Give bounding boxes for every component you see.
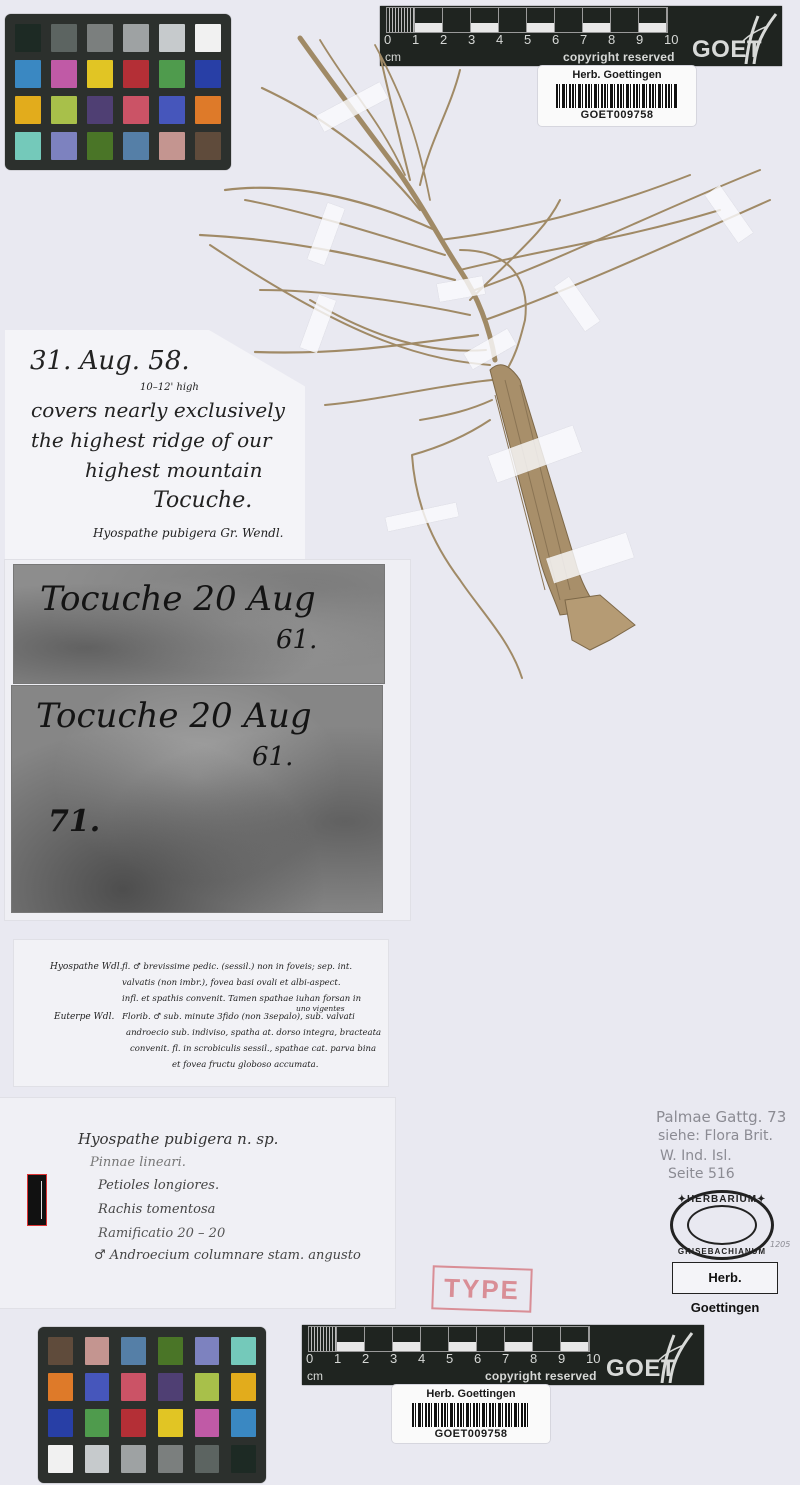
scale-tick-label: 6 bbox=[474, 1351, 502, 1366]
description-line: Rachis tomentosa bbox=[98, 1202, 215, 1217]
color-patch bbox=[231, 1337, 256, 1365]
field-label-1: 31. Aug. 58. 10–12' high covers nearly e… bbox=[5, 330, 305, 565]
color-patch bbox=[48, 1445, 73, 1473]
scale-tick-label: 0 bbox=[306, 1351, 334, 1366]
institution-stamp: Herb. Goettingen bbox=[672, 1262, 778, 1294]
color-patch bbox=[195, 1337, 220, 1365]
label-year: 61. bbox=[276, 625, 317, 655]
scale-tick-label: 7 bbox=[502, 1351, 530, 1366]
label-height-note: 10–12' high bbox=[140, 382, 199, 393]
color-patch bbox=[121, 1337, 146, 1365]
scale-tick-label: 2 bbox=[362, 1351, 390, 1366]
label-text-line: the highest ridge of our bbox=[31, 428, 272, 452]
scale-tick-label: 4 bbox=[418, 1351, 446, 1366]
field-label-3: Tocuche 20 Aug 61. 71. bbox=[12, 686, 382, 912]
scale-tick-label: 3 bbox=[390, 1351, 418, 1366]
description-line: ♂ Androecium columnare stam. angusto bbox=[94, 1248, 361, 1263]
field-label-2: Tocuche 20 Aug 61. bbox=[14, 565, 384, 683]
ruler-segment bbox=[421, 1327, 449, 1351]
label-year: 61. bbox=[252, 742, 293, 772]
description-line: Florib. ♂ sub. minute 3fido (non 3sepalo… bbox=[122, 1012, 355, 1022]
scale-bar-bottom: 012345678910 cm copyright reserved GOET bbox=[302, 1325, 704, 1385]
barcode-institution: Herb. Goettingen bbox=[392, 1388, 550, 1400]
color-patch bbox=[121, 1409, 146, 1437]
mini-label bbox=[27, 1174, 47, 1226]
stamp-top-text: ✦HERBARIUM✦ bbox=[673, 1194, 771, 1205]
description-line: infl. et spathis convenit. Tamen spathae… bbox=[122, 994, 361, 1004]
label-locality-date: Tocuche 20 Aug bbox=[40, 579, 316, 619]
description-line: Pinnae lineari. bbox=[90, 1155, 186, 1170]
stamp-bottom-text: GRISEBACHIANUM bbox=[673, 1247, 771, 1256]
color-patch bbox=[121, 1445, 146, 1473]
ruler-segment bbox=[533, 1327, 561, 1351]
annotation-line: siehe: Flora Brit. bbox=[658, 1128, 773, 1144]
color-patch bbox=[85, 1409, 110, 1437]
color-patch bbox=[85, 1445, 110, 1473]
label-collection-number: 71. bbox=[48, 804, 100, 839]
ruler-segment bbox=[561, 1327, 589, 1351]
unit-label: cm bbox=[307, 1369, 323, 1383]
herbarium-stamp: ✦HERBARIUM✦ GRISEBACHIANUM bbox=[670, 1190, 774, 1260]
species-name: Hyospathe pubigera n. sp. bbox=[78, 1130, 278, 1148]
ruler-segment bbox=[477, 1327, 505, 1351]
color-patch bbox=[48, 1337, 73, 1365]
description-line: convenit. fl. in scrobiculis sessil., sp… bbox=[130, 1044, 376, 1054]
ruler-segment bbox=[365, 1327, 393, 1351]
color-patch bbox=[48, 1409, 73, 1437]
color-patch bbox=[158, 1409, 183, 1437]
goet-grass-logo-icon bbox=[654, 1331, 694, 1383]
annotation-line: Palmae Gattg. 73 bbox=[656, 1108, 786, 1126]
barcode-icon bbox=[412, 1403, 530, 1427]
ruler-segment bbox=[449, 1327, 477, 1351]
scale-tick-label: 8 bbox=[530, 1351, 558, 1366]
description-line: Petioles longiores. bbox=[98, 1178, 219, 1193]
genus-name: Hyospathe Wdl. bbox=[50, 962, 122, 972]
color-patch bbox=[195, 1373, 220, 1401]
annotation-line: W. Ind. Isl. bbox=[660, 1148, 732, 1164]
color-patch bbox=[231, 1445, 256, 1473]
annotation-number: 1205 bbox=[770, 1240, 790, 1249]
label-species: Hyospathe pubigera Gr. Wendl. bbox=[93, 526, 284, 540]
label-locality-date: Tocuche 20 Aug bbox=[36, 696, 312, 736]
color-patch bbox=[195, 1409, 220, 1437]
barcode-number: GOET009758 bbox=[392, 1428, 550, 1440]
ruler-segment bbox=[337, 1327, 365, 1351]
label-date: 31. Aug. 58. bbox=[30, 346, 190, 376]
barcode-label-bottom: Herb. Goettingen GOET009758 bbox=[392, 1385, 550, 1443]
ruler-segment bbox=[393, 1327, 421, 1351]
genus-name: Euterpe Wdl. bbox=[54, 1012, 114, 1022]
type-description-label: Hyospathe pubigera n. sp. Pinnae lineari… bbox=[0, 1098, 395, 1308]
scale-tick-label: 9 bbox=[558, 1351, 586, 1366]
scale-tick-label: 1 bbox=[334, 1351, 362, 1366]
color-patch bbox=[195, 1445, 220, 1473]
color-patch bbox=[231, 1373, 256, 1401]
description-line: et fovea fructu globoso accumata. bbox=[172, 1060, 318, 1070]
type-stamp: TYPE bbox=[431, 1265, 532, 1312]
ruler-bottom bbox=[308, 1326, 590, 1352]
color-patch bbox=[231, 1409, 256, 1437]
copyright-text: copyright reserved bbox=[485, 1369, 597, 1383]
color-checker-bottom bbox=[38, 1327, 266, 1483]
color-patch bbox=[158, 1445, 183, 1473]
color-patch bbox=[85, 1337, 110, 1365]
color-patch bbox=[158, 1337, 183, 1365]
color-patch bbox=[85, 1373, 110, 1401]
label-locality: Tocuche. bbox=[153, 488, 252, 513]
color-patch bbox=[48, 1373, 73, 1401]
ruler-segment bbox=[309, 1327, 337, 1351]
description-line: androecio sub. indiviso, spatha at. dors… bbox=[126, 1028, 381, 1038]
scale-tick-label: 5 bbox=[446, 1351, 474, 1366]
description-line: Ramificatio 20 – 20 bbox=[98, 1226, 225, 1241]
description-label: Hyospathe Wdl. fl. ♂ brevissime pedic. (… bbox=[14, 940, 388, 1086]
label-text-line: covers nearly exclusively bbox=[31, 398, 285, 422]
annotation-line: Seite 516 bbox=[668, 1166, 735, 1182]
scale-numbers-bottom: 012345678910 bbox=[306, 1351, 614, 1366]
ruler-segment bbox=[505, 1327, 533, 1351]
description-line: valvatis (non imbr.), fovea basi ovali e… bbox=[122, 978, 341, 988]
label-text-line: highest mountain bbox=[85, 458, 262, 482]
color-patch bbox=[158, 1373, 183, 1401]
description-line: fl. ♂ brevissime pedic. (sessil.) non in… bbox=[122, 962, 352, 972]
color-patch bbox=[121, 1373, 146, 1401]
